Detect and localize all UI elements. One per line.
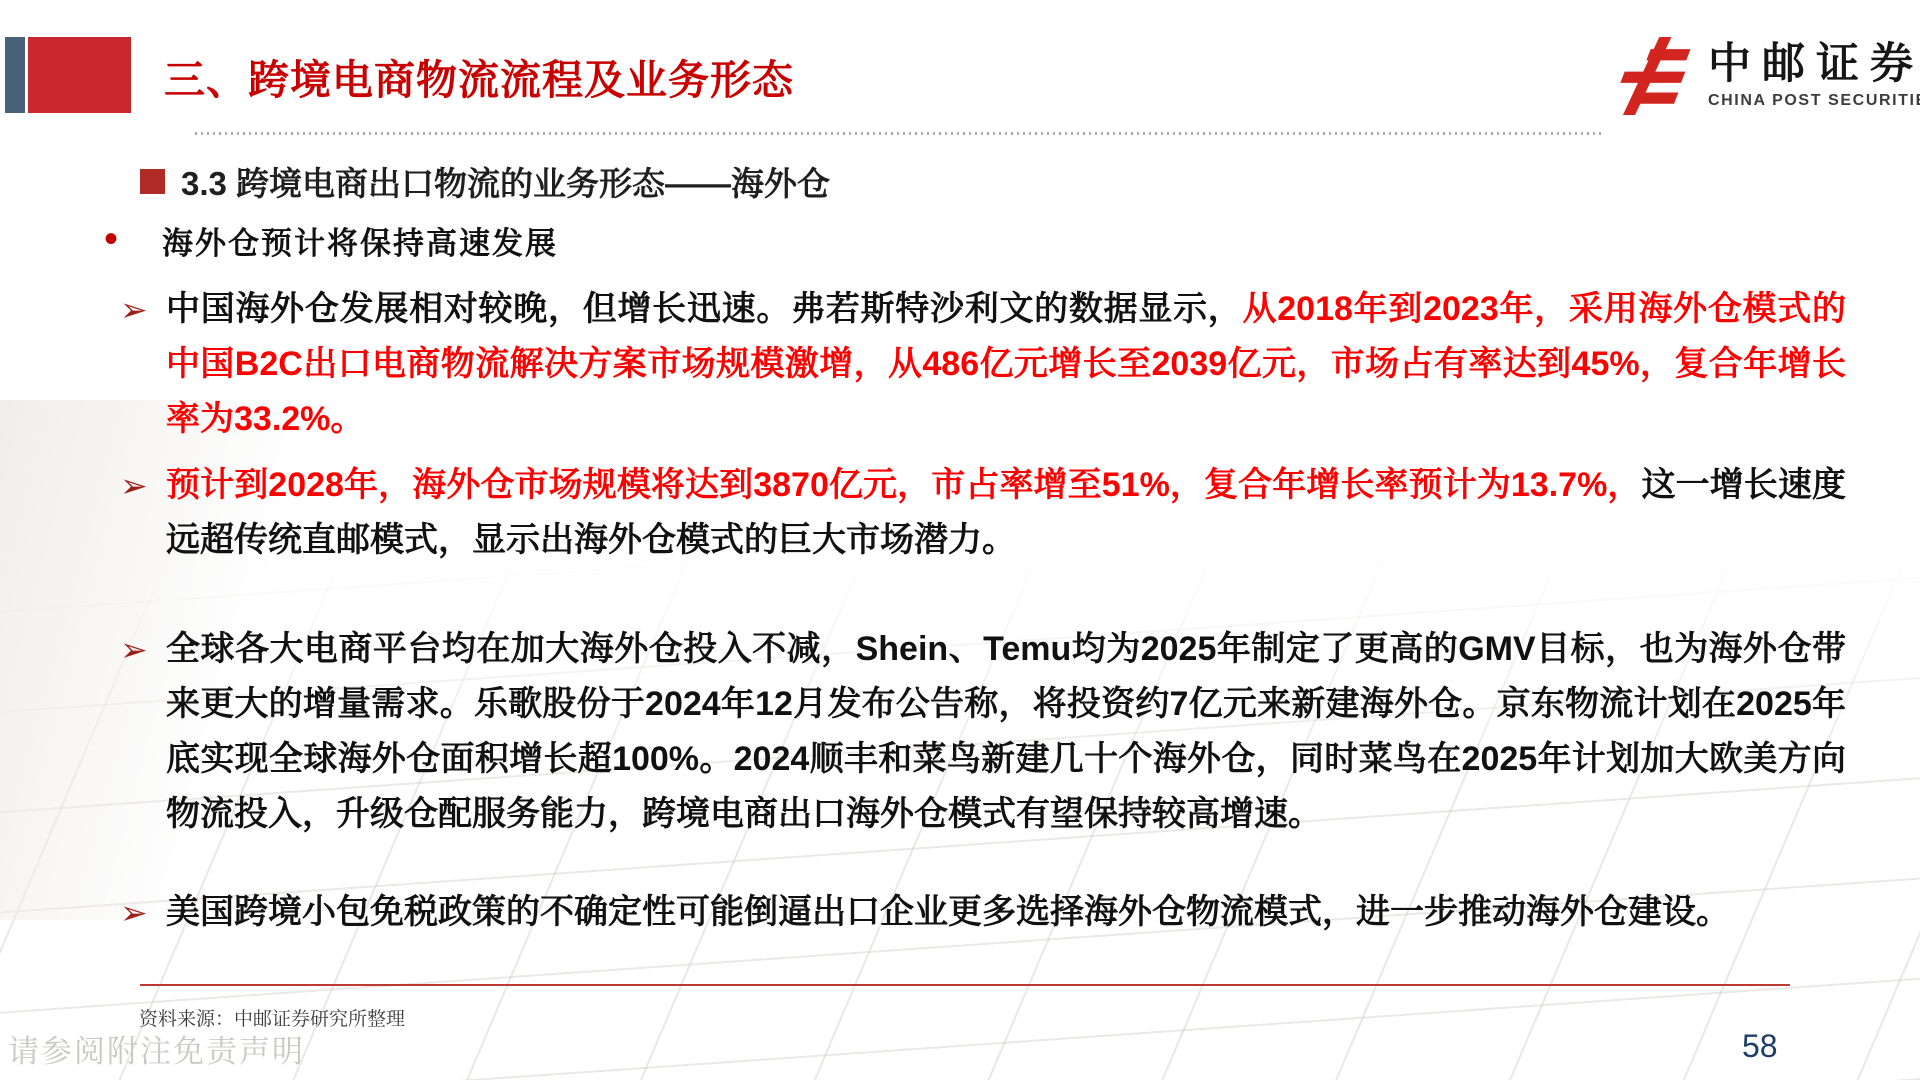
page-number: 58 [1742, 1028, 1778, 1065]
text-segment: 中国海外仓发展相对较晚，但增长迅速。弗若斯特沙利文的数据显示， [166, 290, 1243, 328]
bullet-text: 美国跨境小包免税政策的不确定性可能倒逼出口企业更多选择海外仓物流模式，进一步推动… [166, 885, 1846, 940]
lead-bullet: • 海外仓预计将保持高速发展 [104, 218, 558, 263]
text-segment: 预计到2028年，海外仓市场规模将达到3870亿元，市占率增至51%，复合年增长… [166, 466, 1642, 504]
header-red-block [28, 37, 131, 113]
bullet-item: ➢ 美国跨境小包免税政策的不确定性可能倒逼出口企业更多选择海外仓物流模式，进一步… [120, 885, 1846, 940]
bullet-item: ➢ 预计到2028年，海外仓市场规模将达到3870亿元，市占率增至51%，复合年… [120, 458, 1846, 568]
subtitle-text: 3.3 跨境电商出口物流的业务形态——海外仓 [181, 158, 830, 205]
page-title: 三、跨境电商物流流程及业务形态 [164, 47, 794, 106]
bullet-item: ➢ 全球各大电商平台均在加大海外仓投入不减，Shein、Temu均为2025年制… [120, 622, 1846, 842]
text-segment: 全球各大电商平台均在加大海外仓投入不减，Shein、Temu均为2025年制定了… [166, 630, 1846, 833]
bullet-text: 全球各大电商平台均在加大海外仓投入不减，Shein、Temu均为2025年制定了… [166, 622, 1846, 842]
logo-name-cn: 中邮证券 [1708, 40, 1920, 88]
footer-red-line [140, 984, 1790, 986]
arrow-bullet-icon: ➢ [120, 458, 166, 513]
company-logo: 中邮证券 CHINA POST SECURITIES [1616, 34, 1920, 118]
bullet-item: ➢ 中国海外仓发展相对较晚，但增长迅速。弗若斯特沙利文的数据显示，从2018年到… [120, 282, 1846, 447]
bullet-text: 预计到2028年，海外仓市场规模将达到3870亿元，市占率增至51%，复合年增长… [166, 458, 1846, 568]
header-slate-bar [5, 37, 25, 113]
text-segment: 美国跨境小包免税政策的不确定性可能倒逼出口企业更多选择海外仓物流模式，进一步推动… [166, 893, 1730, 931]
lead-bullet-text: 海外仓预计将保持高速发展 [162, 218, 558, 263]
logo-text-block: 中邮证券 CHINA POST SECURITIES [1708, 34, 1920, 110]
logo-name-en: CHINA POST SECURITIES [1708, 92, 1920, 110]
china-post-emblem-icon [1616, 34, 1694, 118]
disclaimer-text: 请参阅附注免责声明 [8, 1026, 305, 1071]
red-dot-icon: • [104, 218, 118, 260]
arrow-bullet-icon: ➢ [120, 885, 166, 940]
slide: 三、跨境电商物流流程及业务形态 中邮证券 CHINA POST SECURITI… [0, 0, 1920, 1080]
bullet-text: 中国海外仓发展相对较晚，但增长迅速。弗若斯特沙利文的数据显示，从2018年到20… [166, 282, 1846, 447]
arrow-bullet-icon: ➢ [120, 282, 166, 337]
subtitle-square-icon [140, 169, 165, 194]
section-subtitle: 3.3 跨境电商出口物流的业务形态——海外仓 [140, 158, 830, 205]
dotted-divider [195, 132, 1605, 135]
arrow-bullet-icon: ➢ [120, 622, 166, 677]
